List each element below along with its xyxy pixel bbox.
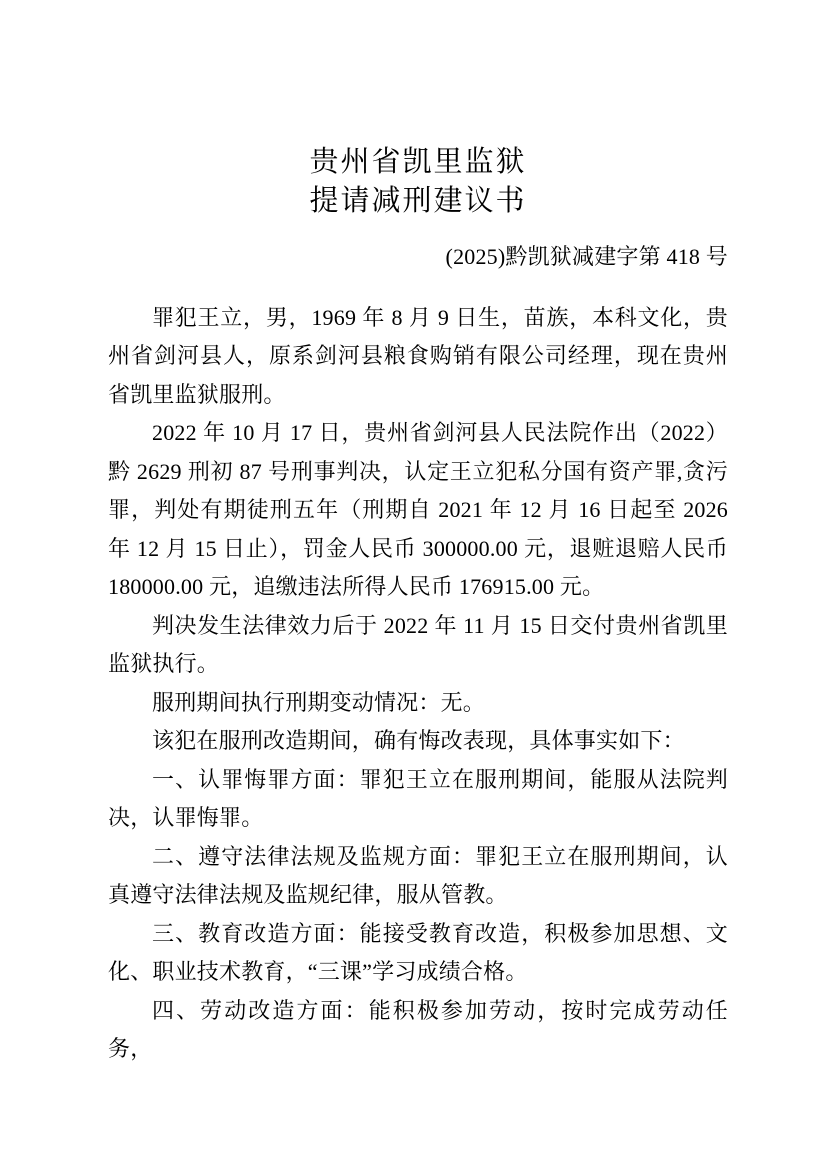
body-paragraph-delivery: 判决发生法律效力后于 2022 年 11 月 15 日交付贵州省凯里监狱执行。 (108, 607, 728, 684)
document-page: 贵州省凯里监狱 提请减刑建议书 (2025)黔凯狱减建字第 418 号 罪犯王立… (0, 0, 827, 1169)
body-paragraph-item-4-labor: 四、劳动改造方面：能积极参加劳动，按时完成劳动任务， (108, 992, 728, 1069)
body-paragraph-item-1-guilt-admission: 一、认罪悔罪方面：罪犯王立在服刑期间，能服从法院判决，认罪悔罪。 (108, 761, 728, 838)
document-number: (2025)黔凯狱减建字第 418 号 (108, 238, 728, 277)
document-body: 罪犯王立，男，1969 年 8 月 9 日生，苗族，本科文化，贵州省剑河县人，原… (108, 299, 728, 1069)
body-paragraph-item-3-education: 三、教育改造方面：能接受教育改造，积极参加思想、文化、职业技术教育，“三课”学习… (108, 915, 728, 992)
body-paragraph-term-change: 服刑期间执行刑期变动情况：无。 (108, 684, 728, 723)
document-title: 贵州省凯里监狱 提请减刑建议书 (108, 143, 728, 221)
body-paragraph-item-2-rule-compliance: 二、遵守法律法规及监规方面：罪犯王立在服刑期间，认真遵守法律法规及监规纪律，服从… (108, 838, 728, 915)
body-paragraph-offender-info: 罪犯王立，男，1969 年 8 月 9 日生，苗族，本科文化，贵州省剑河县人，原… (108, 299, 728, 415)
body-paragraph-judgment: 2022 年 10 月 17 日，贵州省剑河县人民法院作出（2022）黔 262… (108, 414, 728, 607)
title-prison-name: 贵州省凯里监狱 (108, 143, 728, 182)
body-paragraph-repentance-intro: 该犯在服刑改造期间，确有悔改表现，具体事实如下： (108, 722, 728, 761)
title-document-type: 提请减刑建议书 (108, 182, 728, 221)
document-content: 贵州省凯里监狱 提请减刑建议书 (2025)黔凯狱减建字第 418 号 罪犯王立… (108, 143, 728, 1069)
